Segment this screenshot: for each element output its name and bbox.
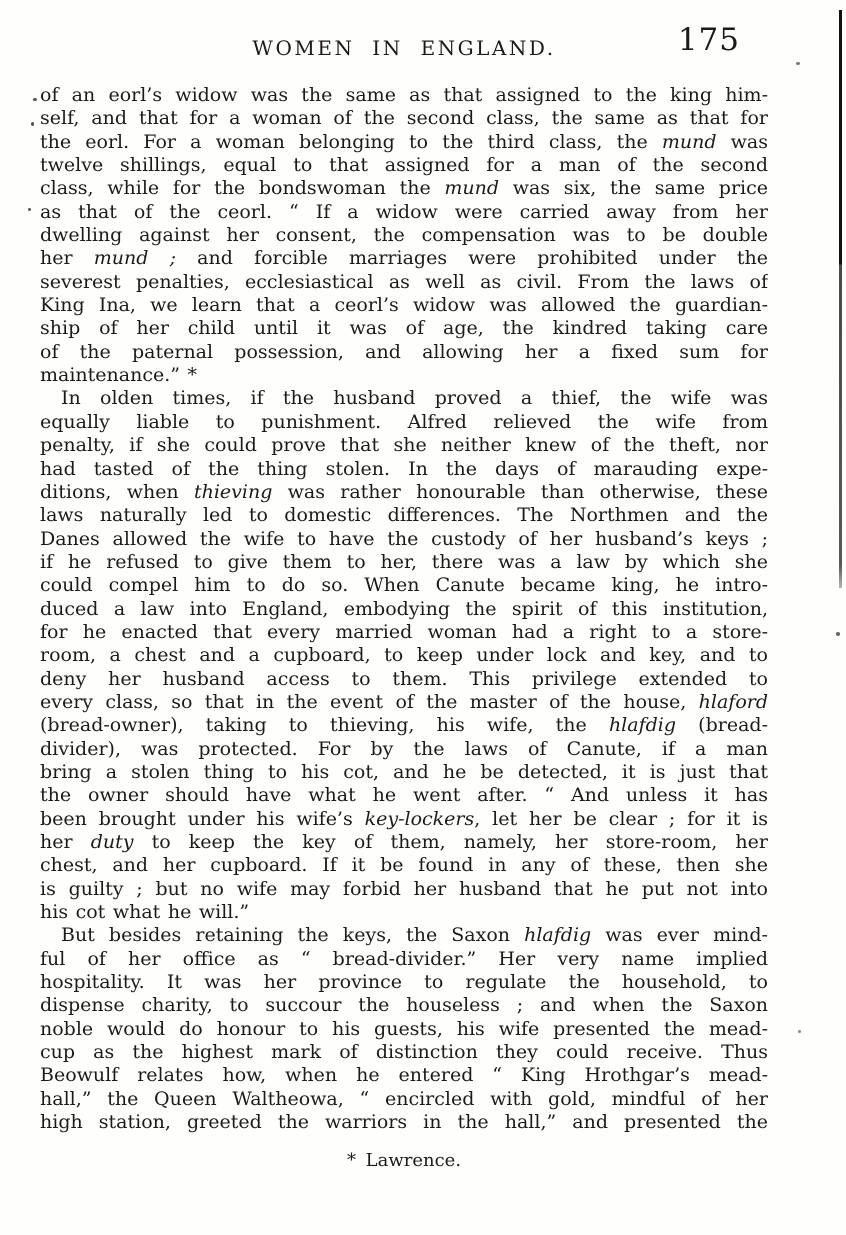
text-line: had tasted of the thing stolen. In the d…	[40, 458, 768, 481]
text-line: is guilty ; but no wife may forbid her h…	[40, 878, 768, 901]
text-line: severest penalties, ecclesiastical as we…	[40, 271, 768, 294]
paragraph: In olden times, if the husband proved a …	[40, 387, 768, 924]
text-line: twelve shillings, equal to that assigned…	[40, 154, 768, 177]
text-line: could compel him to do so. When Canute b…	[40, 574, 768, 597]
text-line: been brought under his wife’s key-locker…	[40, 808, 768, 831]
text-line: maintenance.” *	[40, 364, 768, 387]
scan-speck	[28, 208, 31, 211]
text-line: duced a law into England, embodying the …	[40, 598, 768, 621]
text-line: deny her husband access to them. This pr…	[40, 668, 768, 691]
text-line: noble would do honour to his guests, his…	[40, 1018, 768, 1041]
text-line: laws naturally led to domestic differenc…	[40, 504, 768, 527]
text-line: room, a chest and a cupboard, to keep un…	[40, 644, 768, 667]
text-line: if he refused to give them to her, there…	[40, 551, 768, 574]
text-line: high station, greeted the warriors in th…	[40, 1111, 768, 1134]
text-line: (bread-owner), taking to thieving, his w…	[40, 714, 768, 737]
text-line: of the paternal possession, and allowing…	[40, 341, 768, 364]
text-line: cup as the highest mark of distinction t…	[40, 1041, 768, 1064]
text-line: ditions, when thieving was rather honour…	[40, 481, 768, 504]
text-line: penalty, if she could prove that she nei…	[40, 434, 768, 457]
text-line: every class, so that in the event of the…	[40, 691, 768, 714]
running-title: WOMEN IN ENGLAND.	[40, 36, 768, 60]
text-line: Danes allowed the wife to have the custo…	[40, 528, 768, 551]
scan-speck	[33, 98, 37, 101]
text-line: equally liable to punishment. Alfred rel…	[40, 411, 768, 434]
text-line: Beowulf relates how, when he entered “ K…	[40, 1064, 768, 1087]
body-text: of an eorl’s widow was the same as that …	[40, 84, 768, 1134]
text-line: bring a stolen thing to his cot, and he …	[40, 761, 768, 784]
text-line: ful of her office as “ bread-divider.” H…	[40, 948, 768, 971]
scan-edge-artifact	[839, 10, 842, 588]
page-number: 175	[678, 22, 740, 58]
text-line: as that of the ceorl. “ If a widow were …	[40, 201, 768, 224]
text-line: ship of her child until it was of age, t…	[40, 317, 768, 340]
footnote: * Lawrence.	[40, 1150, 768, 1171]
text-line: hall,” the Queen Waltheowa, “ encircled …	[40, 1088, 768, 1111]
text-line: her mund ; and forcible marriages were p…	[40, 247, 768, 270]
text-line: King Ina, we learn that a ceorl’s widow …	[40, 294, 768, 317]
text-line: chest, and her cupboard. If it be found …	[40, 854, 768, 877]
scan-speck	[31, 122, 34, 126]
book-page: WOMEN IN ENGLAND. 175 of an eorl’s widow…	[0, 0, 846, 1235]
text-line: of an eorl’s widow was the same as that …	[40, 84, 768, 107]
text-line: for he enacted that every married woman …	[40, 621, 768, 644]
text-line: hospitality. It was her province to regu…	[40, 971, 768, 994]
text-line: dispense charity, to succour the housele…	[40, 994, 768, 1017]
text-line: But besides retaining the keys, the Saxo…	[40, 924, 768, 947]
scan-speck	[796, 62, 800, 65]
text-line: self, and that for a woman of the second…	[40, 107, 768, 130]
text-line: the owner should have what he went after…	[40, 784, 768, 807]
text-line: In olden times, if the husband proved a …	[40, 387, 768, 410]
text-line: the eorl. For a woman belonging to the t…	[40, 131, 768, 154]
paragraph: of an eorl’s widow was the same as that …	[40, 84, 768, 387]
text-line: her duty to keep the key of them, namely…	[40, 831, 768, 854]
page-header: WOMEN IN ENGLAND. 175	[0, 0, 846, 70]
text-line: class, while for the bondswoman the mund…	[40, 177, 768, 200]
scan-speck	[836, 632, 840, 636]
paragraph: But besides retaining the keys, the Saxo…	[40, 924, 768, 1134]
text-line: divider), was protected. For by the laws…	[40, 738, 768, 761]
scan-speck	[798, 1030, 801, 1033]
text-line: dwelling against her consent, the compen…	[40, 224, 768, 247]
text-line: his cot what he will.”	[40, 901, 768, 924]
